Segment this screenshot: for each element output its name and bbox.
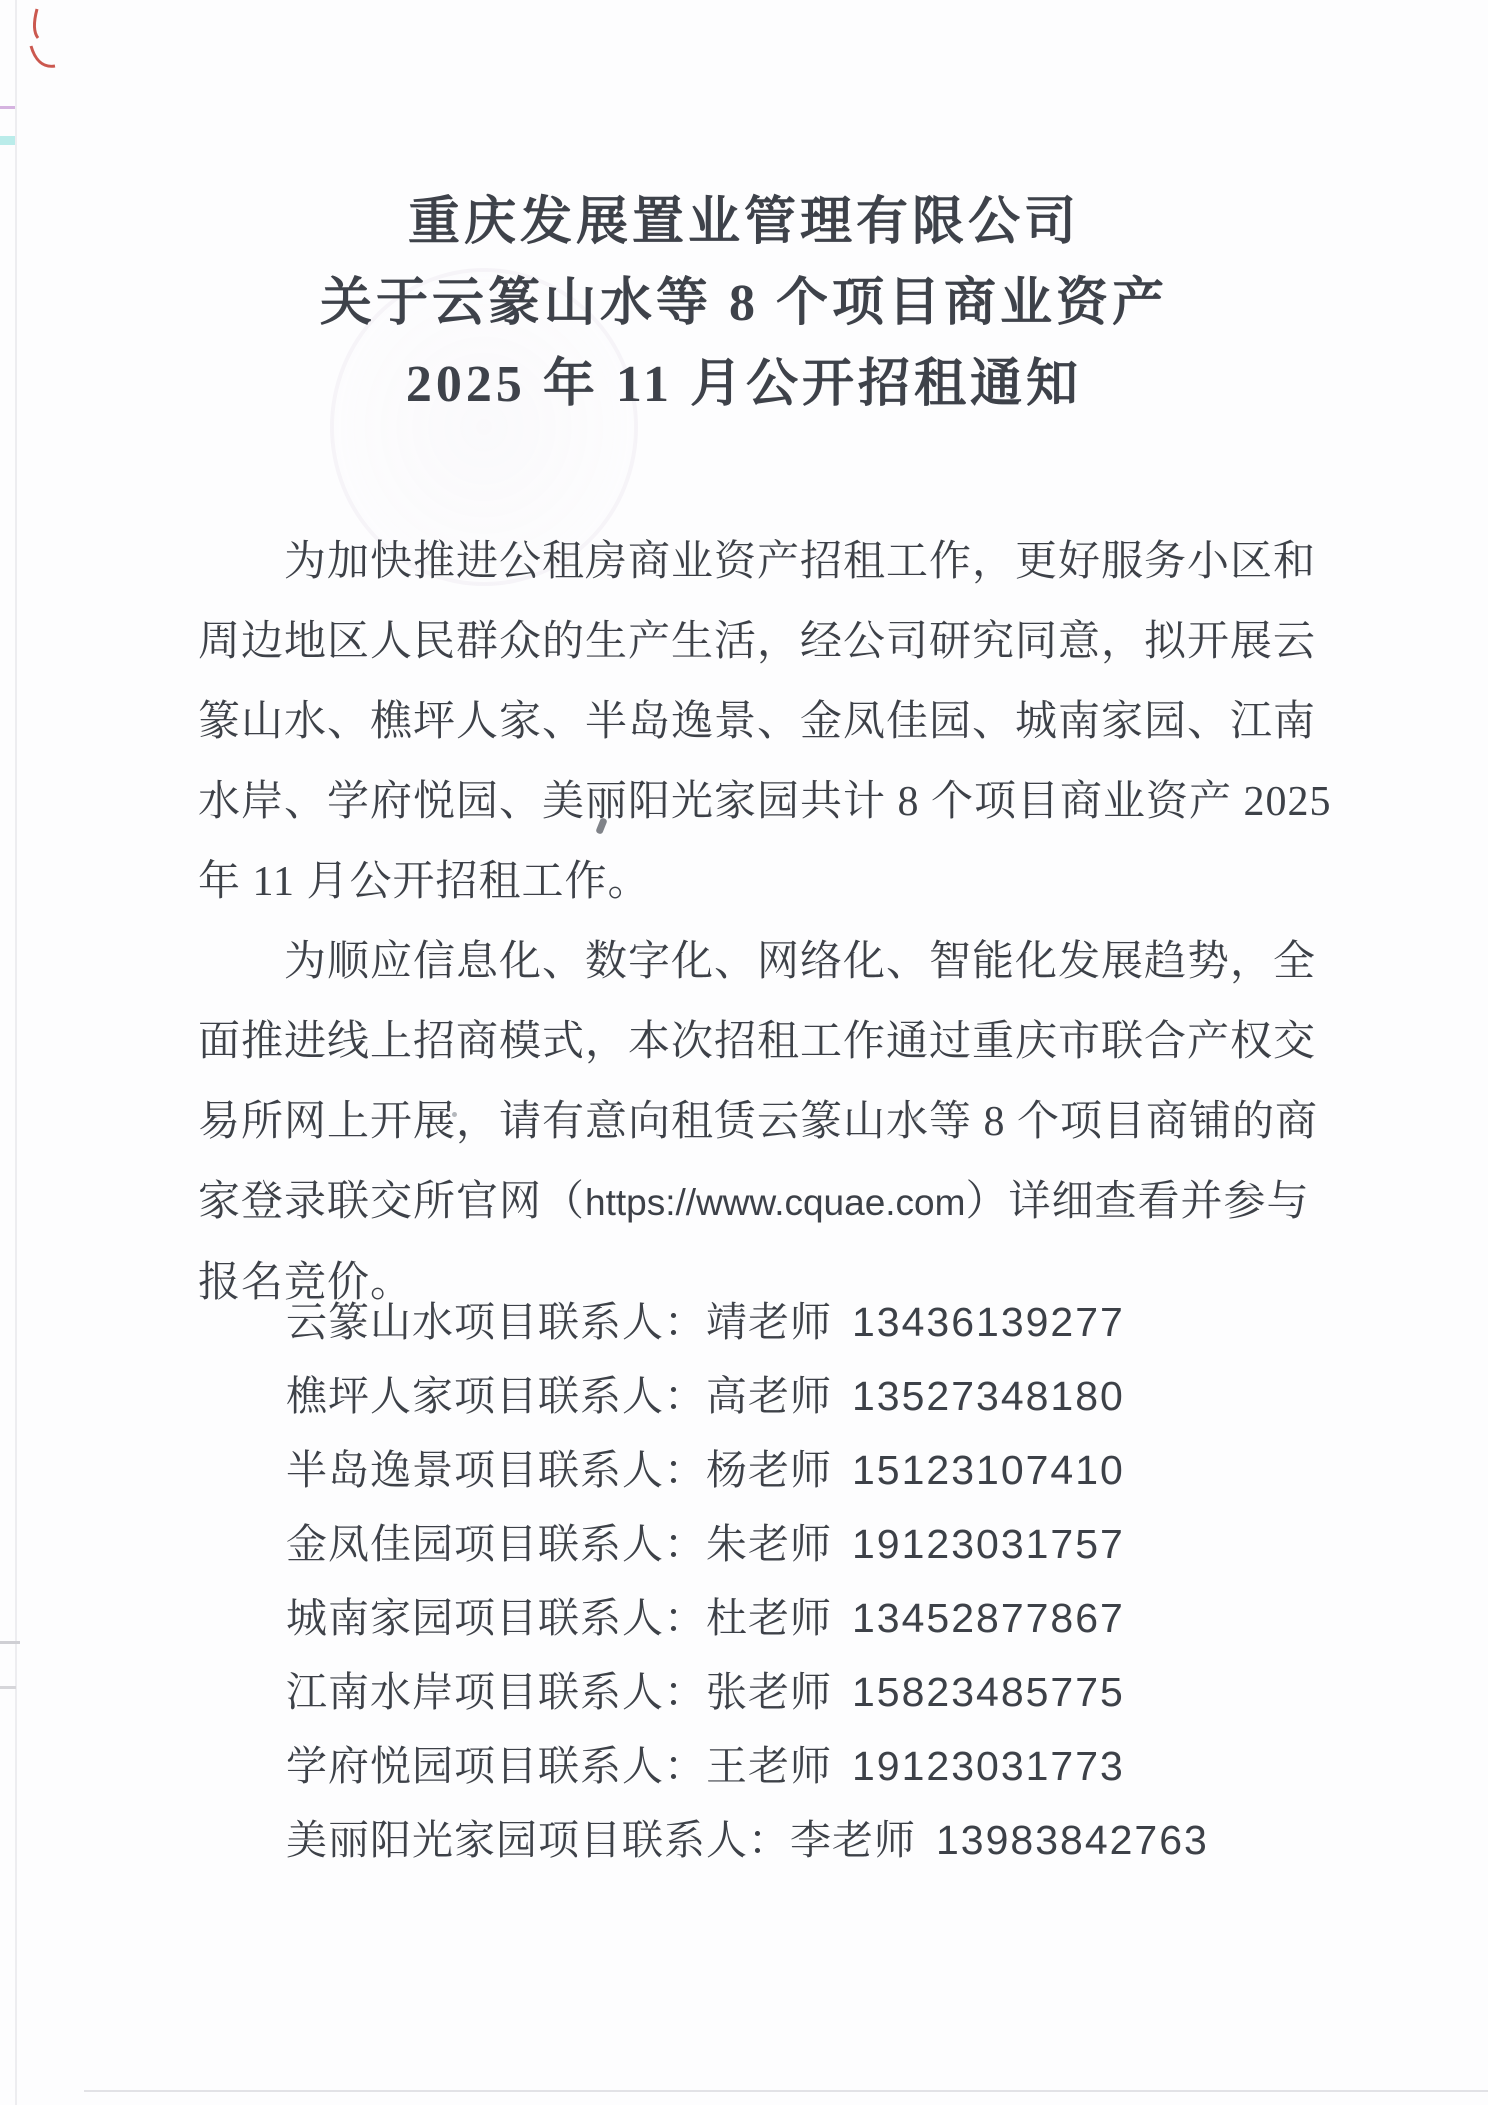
contact-person: 杜老师 bbox=[706, 1595, 832, 1641]
body-line-with-url: 家登录联交所官网（https://www.cquae.com）详细查看并参与 bbox=[198, 1162, 1298, 1243]
scan-edge-tick bbox=[0, 1686, 16, 1689]
contact-row: 金凤佳园项目联系人：朱老师19123031757 bbox=[286, 1507, 1209, 1581]
contact-row: 城南家园项目联系人：杜老师13452877867 bbox=[286, 1581, 1209, 1655]
scan-edge-tick bbox=[0, 1641, 20, 1644]
contact-phone: 19123031757 bbox=[852, 1521, 1125, 1567]
contact-label: 金凤佳园项目联系人： bbox=[286, 1521, 706, 1567]
document-body: 为加快推进公租房商业资产招租工作，更好服务小区和 周边地区人民群众的生产生活，经… bbox=[198, 522, 1298, 1323]
contact-phone: 15823485775 bbox=[852, 1669, 1125, 1715]
contact-person: 王老师 bbox=[706, 1743, 832, 1789]
contact-row: 半岛逸景项目联系人：杨老师15123107410 bbox=[286, 1433, 1209, 1507]
contact-row: 江南水岸项目联系人：张老师15823485775 bbox=[286, 1655, 1209, 1729]
body-line: 易所网上开展，请有意向租赁云篆山水等 8 个项目商铺的商 bbox=[198, 1082, 1298, 1162]
contact-phone: 13452877867 bbox=[852, 1595, 1125, 1641]
exchange-website-url: https://www.cquae.com bbox=[585, 1182, 965, 1223]
body-line: 水岸、学府悦园、美丽阳光家园共计 8 个项目商业资产 2025 bbox=[198, 762, 1298, 842]
contact-label: 城南家园项目联系人： bbox=[286, 1595, 706, 1641]
contact-phone: 13983842763 bbox=[936, 1817, 1209, 1863]
contact-list: 云篆山水项目联系人：靖老师13436139277 樵坪人家项目联系人：高老师13… bbox=[286, 1285, 1209, 1877]
title-line-date: 2025 年 11 月公开招租通知 bbox=[0, 344, 1488, 425]
body-line: 周边地区人民群众的生产生活，经公司研究同意，拟开展云 bbox=[198, 602, 1298, 682]
contact-phone: 19123031773 bbox=[852, 1743, 1125, 1789]
body-line: 为加快推进公租房商业资产招租工作，更好服务小区和 bbox=[198, 522, 1298, 602]
contact-row: 学府悦园项目联系人：王老师19123031773 bbox=[286, 1729, 1209, 1803]
title-line-company: 重庆发展置业管理有限公司 bbox=[0, 182, 1488, 263]
url-suffix-text: ）详细查看并参与 bbox=[965, 1179, 1309, 1225]
body-line: 为顺应信息化、数字化、网络化、智能化发展趋势，全 bbox=[198, 922, 1298, 1002]
scanner-purple-streak bbox=[0, 106, 15, 109]
contact-row: 樵坪人家项目联系人：高老师13527348180 bbox=[286, 1359, 1209, 1433]
contact-person: 张老师 bbox=[706, 1669, 832, 1715]
contact-label: 樵坪人家项目联系人： bbox=[286, 1373, 706, 1419]
contact-label: 学府悦园项目联系人： bbox=[286, 1743, 706, 1789]
body-line: 年 11 月公开招租工作。 bbox=[198, 842, 1298, 922]
contact-phone: 13527348180 bbox=[852, 1373, 1125, 1419]
contact-person: 靖老师 bbox=[706, 1299, 832, 1345]
contact-row: 云篆山水项目联系人：靖老师13436139277 bbox=[286, 1285, 1209, 1359]
contact-label: 半岛逸景项目联系人： bbox=[286, 1447, 706, 1493]
title-line-subject: 关于云篆山水等 8 个项目商业资产 bbox=[0, 263, 1488, 344]
contact-label: 江南水岸项目联系人： bbox=[286, 1669, 706, 1715]
contact-person: 杨老师 bbox=[706, 1447, 832, 1493]
contact-phone: 15123107410 bbox=[852, 1447, 1125, 1493]
contact-phone: 13436139277 bbox=[852, 1299, 1125, 1345]
body-line: 篆山水、樵坪人家、半岛逸景、金凤佳园、城南家园、江南 bbox=[198, 682, 1298, 762]
scan-bottom-edge-line bbox=[84, 2090, 1488, 2092]
scanned-document-page: 重庆发展置业管理有限公司 关于云篆山水等 8 个项目商业资产 2025 年 11… bbox=[0, 0, 1488, 2105]
contact-person: 朱老师 bbox=[706, 1521, 832, 1567]
contact-person: 高老师 bbox=[706, 1373, 832, 1419]
body-line: 面推进线上招商模式，本次招租工作通过重庆市联合产权交 bbox=[198, 1002, 1298, 1082]
contact-row: 美丽阳光家园项目联系人：李老师13983842763 bbox=[286, 1803, 1209, 1877]
url-prefix-text: 家登录联交所官网（ bbox=[198, 1179, 585, 1225]
paragraph-2: 为顺应信息化、数字化、网络化、智能化发展趋势，全 面推进线上招商模式，本次招租工… bbox=[198, 922, 1298, 1323]
contact-label: 云篆山水项目联系人： bbox=[286, 1299, 706, 1345]
red-pen-mark bbox=[24, 6, 76, 88]
paragraph-1: 为加快推进公租房商业资产招租工作，更好服务小区和 周边地区人民群众的生产生活，经… bbox=[198, 522, 1298, 922]
contact-label: 美丽阳光家园项目联系人： bbox=[286, 1817, 790, 1863]
document-title: 重庆发展置业管理有限公司 关于云篆山水等 8 个项目商业资产 2025 年 11… bbox=[0, 182, 1488, 425]
scanner-cyan-streak bbox=[0, 136, 15, 145]
contact-person: 李老师 bbox=[790, 1817, 916, 1863]
